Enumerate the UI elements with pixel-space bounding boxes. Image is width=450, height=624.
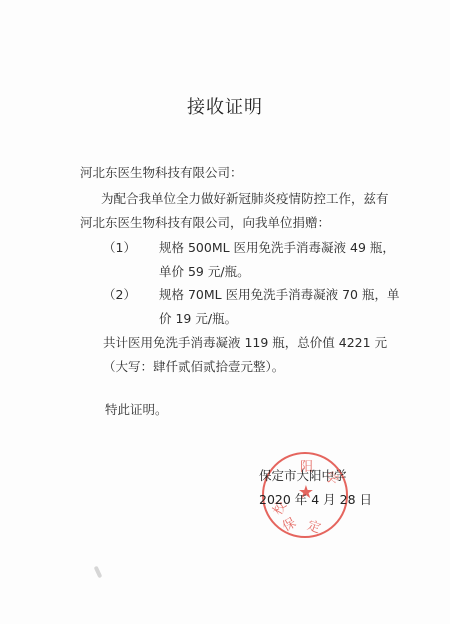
signing-date: 2020 年 4 月 28 日 <box>259 490 372 508</box>
seal-char: 定 <box>305 514 324 536</box>
intro-line-1: 为配合我单位全力做好新冠肺炎疫情防控工作，兹有 <box>101 189 389 207</box>
item-1-number: （1） <box>103 238 136 256</box>
total-line-1: 共计医用免洗手消毒凝液 119 瓶，总价值 4221 元 <box>103 333 387 351</box>
item-2-number: （2） <box>103 285 136 303</box>
item-2-line-1: 规格 70ML 医用免洗手消毒凝液 70 瓶，单 <box>159 285 399 303</box>
closing-statement: 特此证明。 <box>105 400 168 418</box>
item-1-line-2: 单价 59 元/瓶。 <box>159 262 250 280</box>
intro-line-2: 河北东医生物科技有限公司，向我单位捐赠： <box>80 213 330 231</box>
salutation: 河北东医生物科技有限公司： <box>80 163 243 181</box>
item-1-line-1: 规格 500ML 医用免洗手消毒凝液 49 瓶， <box>159 238 395 256</box>
signing-organization: 保定市大阳中学 <box>259 466 347 484</box>
document-title: 接收证明 <box>0 93 450 119</box>
total-line-2: （大写：肆仟贰佰贰拾壹元整）。 <box>103 357 284 375</box>
scan-smudge <box>94 566 103 579</box>
document-page: 接收证明 河北东医生物科技有限公司： 为配合我单位全力做好新冠肺炎疫情防控工作，… <box>0 0 450 624</box>
item-2-line-2: 价 19 元/瓶。 <box>159 309 237 327</box>
seal-char: 保 <box>278 512 299 535</box>
